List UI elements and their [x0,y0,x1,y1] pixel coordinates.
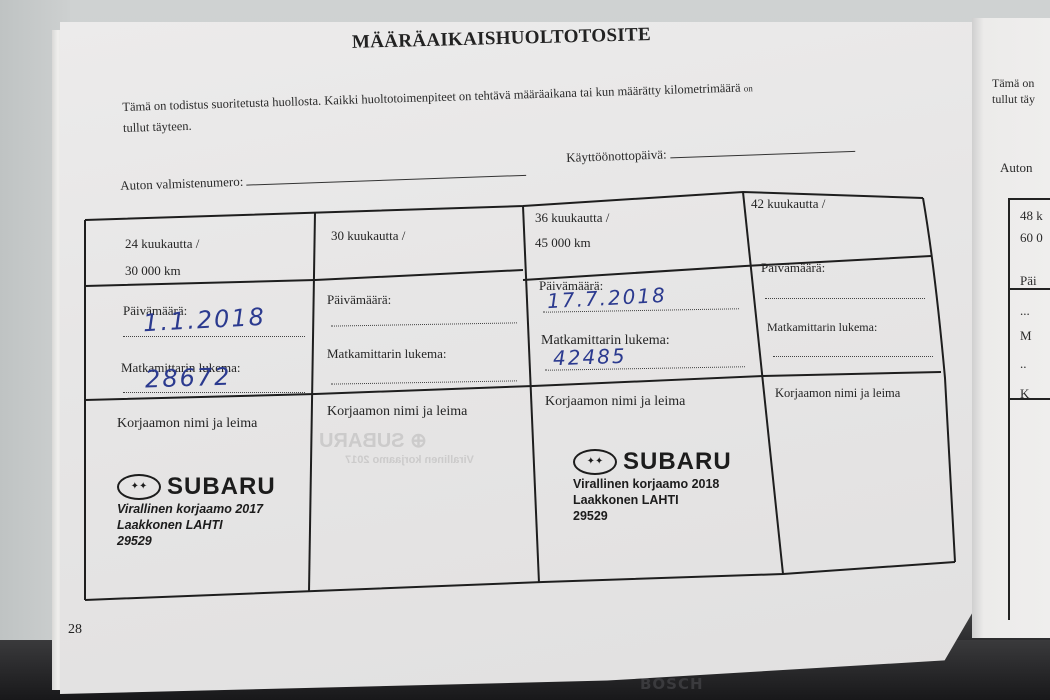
stamp-line-1: Virallinen korjaamo 2018 [573,476,732,492]
next-page-workshop-label: K [1020,386,1029,402]
subaru-logo-icon: ✦✦ [117,474,161,500]
next-page-interval-1: 48 k [1020,208,1043,224]
col4-odometer-line[interactable] [773,356,933,357]
next-page-date-label: Päi [1020,273,1037,289]
intro-line-2: tullut täyteen. [123,119,192,135]
next-page-interval-2: 60 0 [1020,230,1043,246]
stamp-line-1: Virallinen korjaamo 2017 [117,501,276,517]
col1-date-line [123,336,305,337]
col4-interval-1: 42 kuukautta / [751,196,825,212]
next-page-odometer-label: M [1020,328,1032,344]
next-page: Tämä on tullut täy Auton 48 k 60 0 Päi .… [972,18,1050,638]
col1-interval-2: 30 000 km [125,263,181,279]
col1-workshop-stamp: ✦✦ SUBARU Virallinen korjaamo 2017 Laakk… [117,473,276,549]
col1-workshop-label: Korjaamon nimi ja leima [117,416,257,432]
col1-interval-1: 24 kuukautta / [125,236,199,252]
col4-date-line[interactable] [765,298,925,299]
subaru-logo-icon: ✦✦ [573,449,617,475]
commissioning-label: Käyttöönottopäivä: [566,146,667,164]
page-number: 28 [68,622,82,638]
next-page-dots: ... [1020,303,1030,319]
stamp-line-3: 29529 [573,508,732,524]
stamp-line-2: Laakkonen LAHTI [573,492,732,508]
col3-workshop-stamp: ✦✦ SUBARU Virallinen korjaamo 2018 Laakk… [573,448,732,524]
col3-interval-1: 36 kuukautta / [535,210,609,226]
stamp-line-3: 29529 [117,533,276,549]
col2-stamp-ghost: ⊕ SUBARU [319,428,427,453]
col3-workshop-label: Korjaamon nimi ja leima [545,394,685,410]
col3-odometer-value[interactable]: 42485 [553,344,627,371]
next-page-intro-2: tullut täy [992,92,1035,107]
next-page-vin-label: Auton [1000,160,1033,176]
col2-stamp-ghost-text: Virallinen korjaamo 2017 [345,454,474,466]
col4-workshop-label: Korjaamon nimi ja leima [775,386,900,401]
next-page-dots-2: .. [1020,356,1027,372]
col3-interval-2: 45 000 km [535,235,591,251]
col2-odometer-label: Matkamittarin lukema: [327,346,447,362]
stamp-line-2: Laakkonen LAHTI [117,517,276,533]
col2-date-label: Päivämäärä: [327,292,391,308]
stamp-brand: SUBARU [167,473,276,501]
col2-workshop-label: Korjaamon nimi ja leima [327,404,467,420]
col1-odometer-value[interactable]: 28672 [145,363,232,394]
next-page-table [1008,198,1050,620]
col2-interval-1: 30 kuukautta / [331,228,405,244]
col1-odometer-line [123,392,305,393]
service-table: 24 kuukautta / 30 000 km Päivämäärä: 1.1… [83,188,963,608]
next-page-intro-1: Tämä on [992,76,1034,91]
col4-odometer-label: Matkamittarin lukema: [767,320,877,335]
col4-date-label: Päivämäärä: [761,260,825,276]
intro-line-1-end: on [744,83,753,93]
stamp-brand: SUBARU [623,448,732,476]
